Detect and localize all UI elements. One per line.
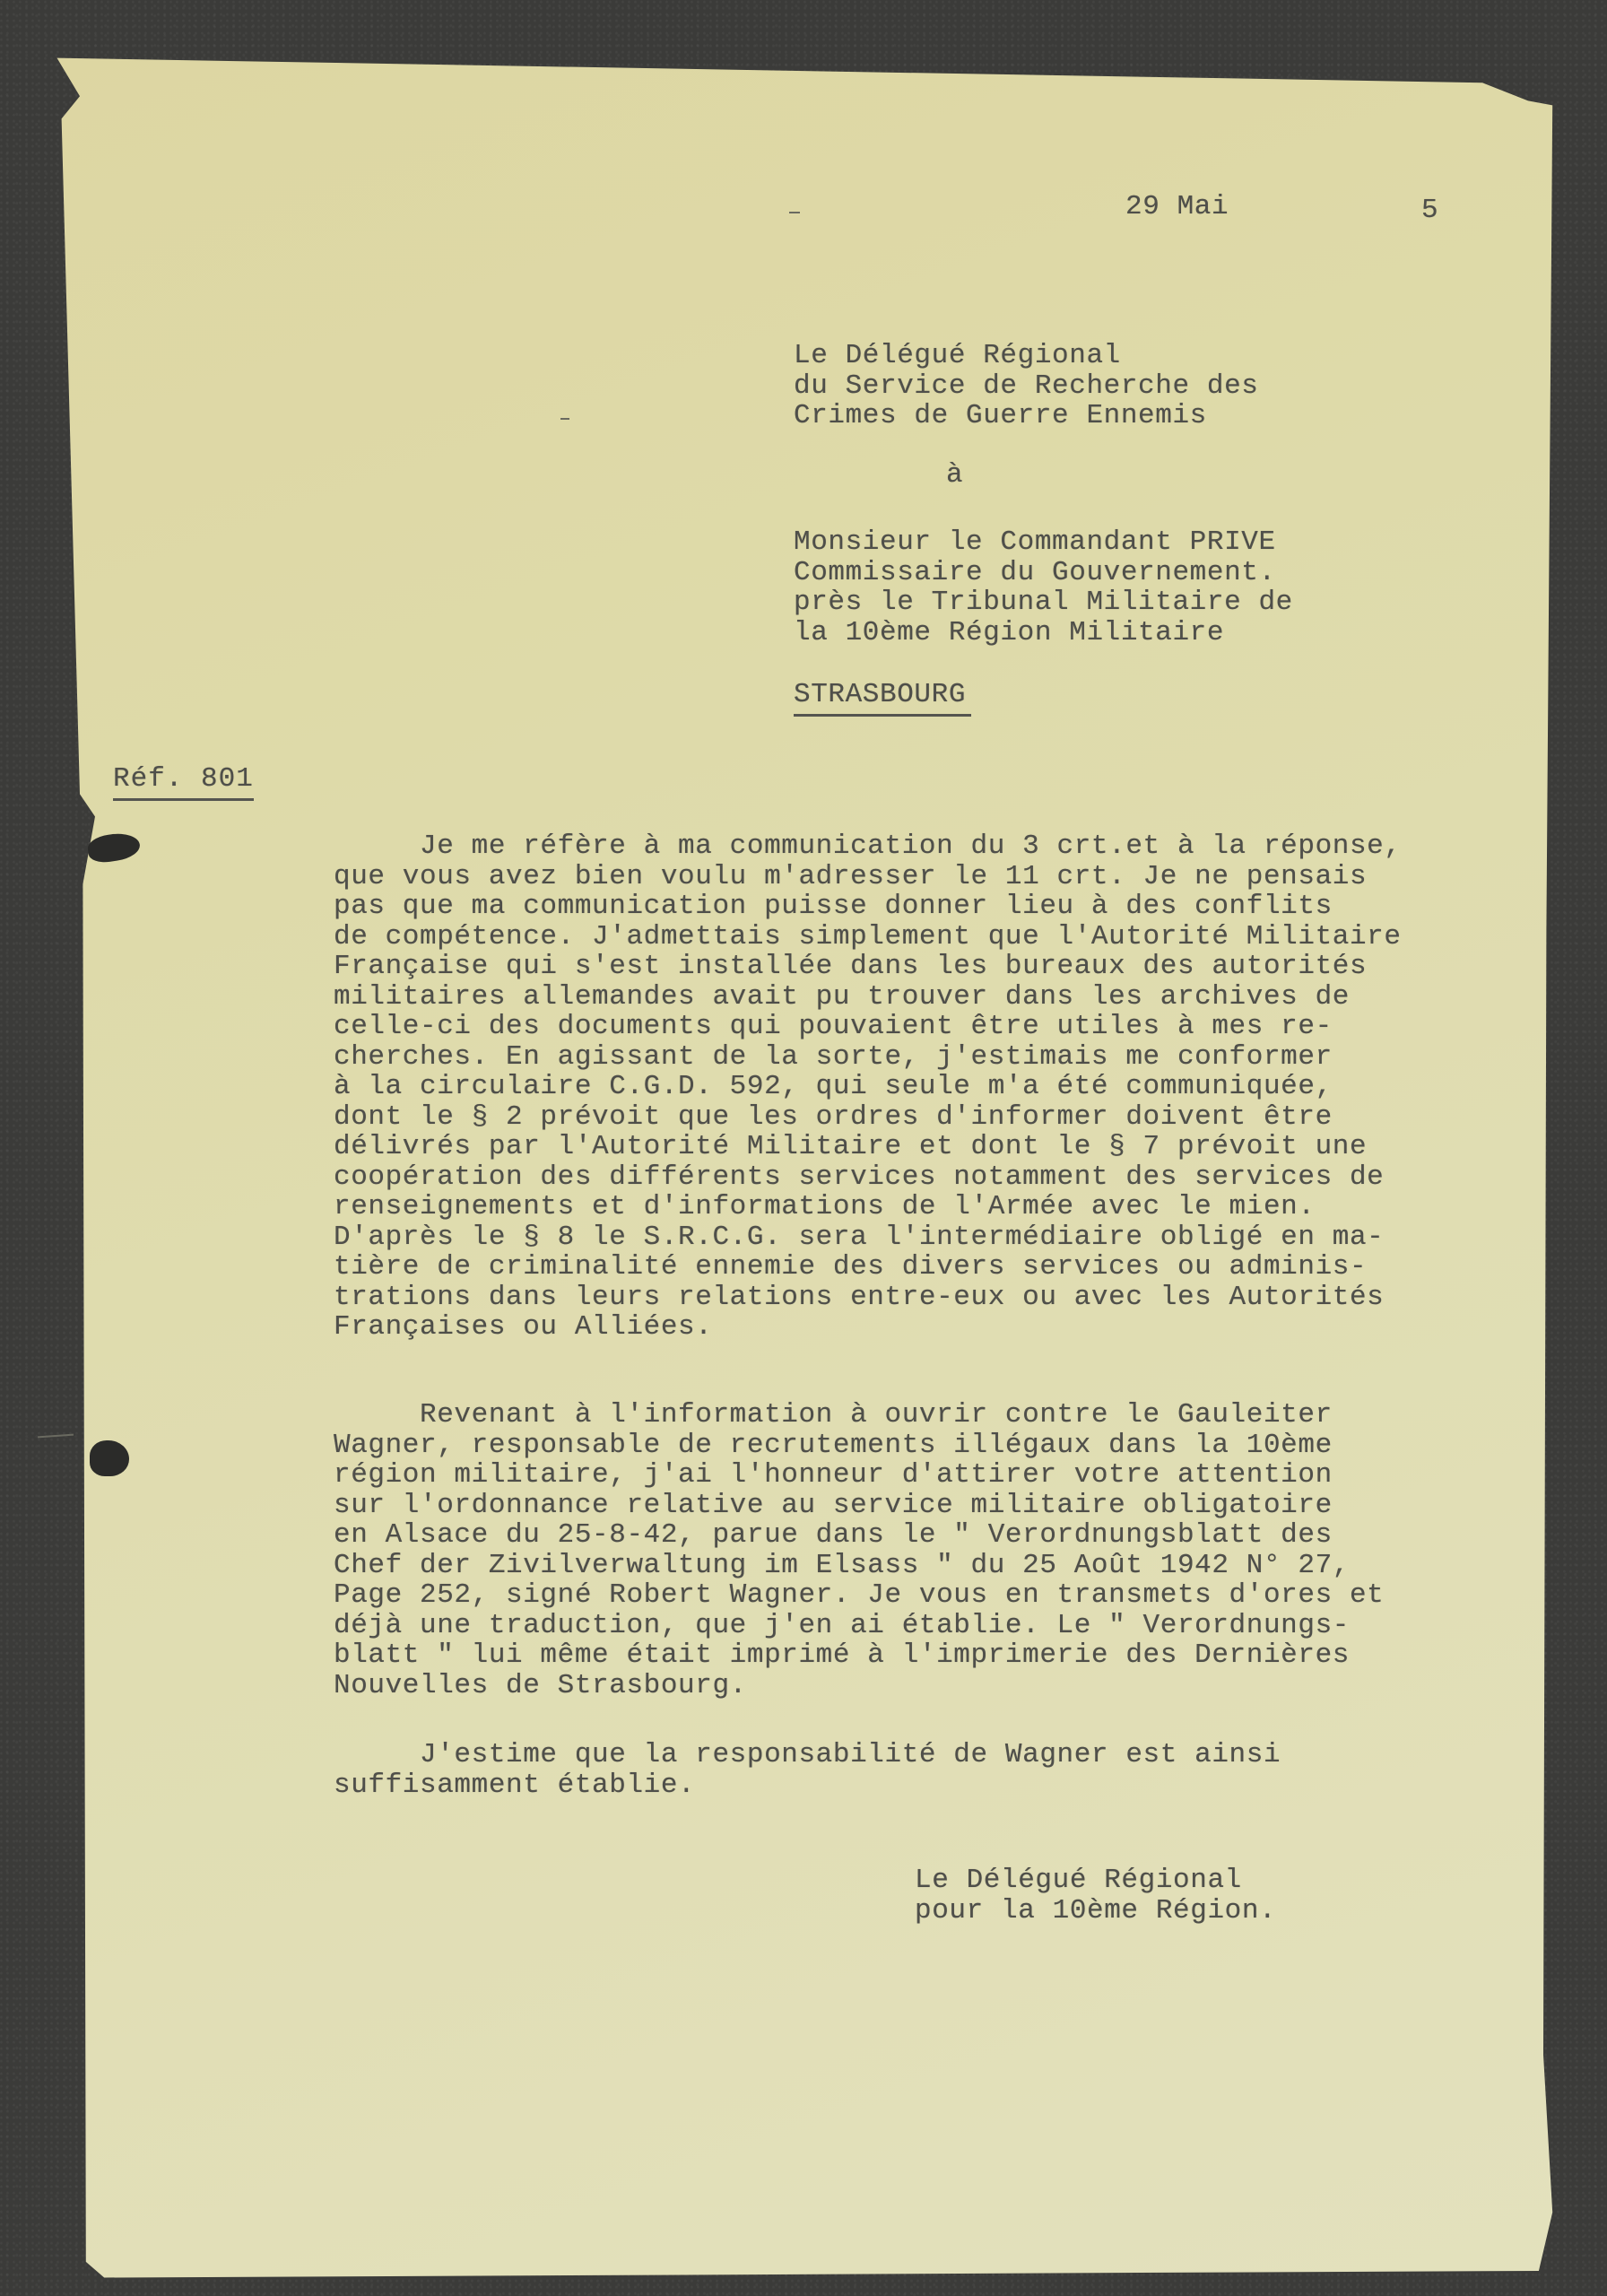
body-line: Nouvelles de Strasbourg. (334, 1671, 1384, 1701)
body-line: Wagner, responsable de recrutements illé… (334, 1431, 1384, 1461)
sender-line: du Service de Recherche des (794, 371, 1258, 402)
body-line: sur l'ordonnance relative au service mil… (334, 1491, 1384, 1521)
reference: Réf. 801 (113, 764, 254, 801)
punch-hole-bottom (90, 1440, 129, 1476)
body-line: Revenant à l'information à ouvrir contre… (334, 1400, 1384, 1431)
body-paragraph-2: Revenant à l'information à ouvrir contre… (334, 1400, 1384, 1700)
body-line: Page 252, signé Robert Wagner. Je vous e… (334, 1580, 1384, 1611)
sender-block: Le Délégué Régional du Service de Recher… (794, 341, 1258, 431)
body-line: déjà une traduction, que j'en ai établie… (334, 1611, 1384, 1641)
body-line: délivrés par l'Autorité Militaire et don… (334, 1132, 1402, 1162)
body-line: tière de criminalité ennemie des divers … (334, 1252, 1402, 1283)
signature-line: Le Délégué Régional (915, 1865, 1276, 1896)
body-line: militaires allemandes avait pu trouver d… (334, 982, 1402, 1013)
paper-tear-mark (38, 1434, 74, 1439)
body-line: cherches. En agissant de la sorte, j'est… (334, 1042, 1402, 1073)
sender-line: Le Délégué Régional (794, 341, 1258, 371)
body-line: Françaises ou Alliées. (334, 1312, 1402, 1343)
recipient-line: Commissaire du Gouvernement. (794, 558, 1293, 588)
body-paragraph-3: J'estime que la responsabilité de Wagner… (334, 1740, 1281, 1800)
stray-mark (560, 418, 569, 420)
page-number: 5 (1421, 196, 1438, 226)
city: STRASBOURG (794, 680, 971, 717)
body-line: que vous avez bien voulu m'adresser le 1… (334, 862, 1402, 892)
body-line: D'après le § 8 le S.R.C.G. sera l'interm… (334, 1222, 1402, 1253)
stray-mark (789, 212, 800, 213)
to-marker: à (946, 460, 963, 491)
sender-line: Crimes de Guerre Ennemis (794, 401, 1258, 431)
signature-line: pour la 10ème Région. (915, 1896, 1276, 1926)
body-paragraph-1: Je me réfère à ma communication du 3 crt… (334, 831, 1402, 1343)
body-line: région militaire, j'ai l'honneur d'attir… (334, 1460, 1384, 1491)
recipient-block: Monsieur le Commandant PRIVE Commissaire… (794, 527, 1293, 648)
date: 29 Mai (1125, 192, 1229, 222)
body-line: coopération des différents services nota… (334, 1162, 1402, 1193)
signature-block: Le Délégué Régional pour la 10ème Région… (915, 1865, 1276, 1926)
recipient-line: près le Tribunal Militaire de (794, 587, 1293, 618)
body-line: renseignements et d'informations de l'Ar… (334, 1192, 1402, 1222)
body-line: J'estime que la responsabilité de Wagner… (334, 1740, 1281, 1770)
body-line: Française qui s'est installée dans les b… (334, 952, 1402, 982)
body-line: trations dans leurs relations entre-eux … (334, 1283, 1402, 1313)
body-line: blatt " lui même était imprimé à l'impri… (334, 1640, 1384, 1671)
recipient-line: Monsieur le Commandant PRIVE (794, 527, 1293, 558)
body-line: suffisamment établie. (334, 1770, 1281, 1801)
body-line: celle-ci des documents qui pouvaient êtr… (334, 1012, 1402, 1042)
body-line: Chef der Zivilverwaltung im Elsass " du … (334, 1551, 1384, 1581)
body-line: pas que ma communication puisse donner l… (334, 891, 1402, 922)
body-line: de compétence. J'admettais simplement qu… (334, 922, 1402, 952)
body-line: Je me réfère à ma communication du 3 crt… (334, 831, 1402, 862)
body-line: dont le § 2 prévoit que les ordres d'inf… (334, 1102, 1402, 1133)
body-line: en Alsace du 25-8-42, parue dans le " Ve… (334, 1520, 1384, 1551)
recipient-line: la 10ème Région Militaire (794, 618, 1293, 648)
body-line: à la circulaire C.G.D. 592, qui seule m'… (334, 1072, 1402, 1102)
